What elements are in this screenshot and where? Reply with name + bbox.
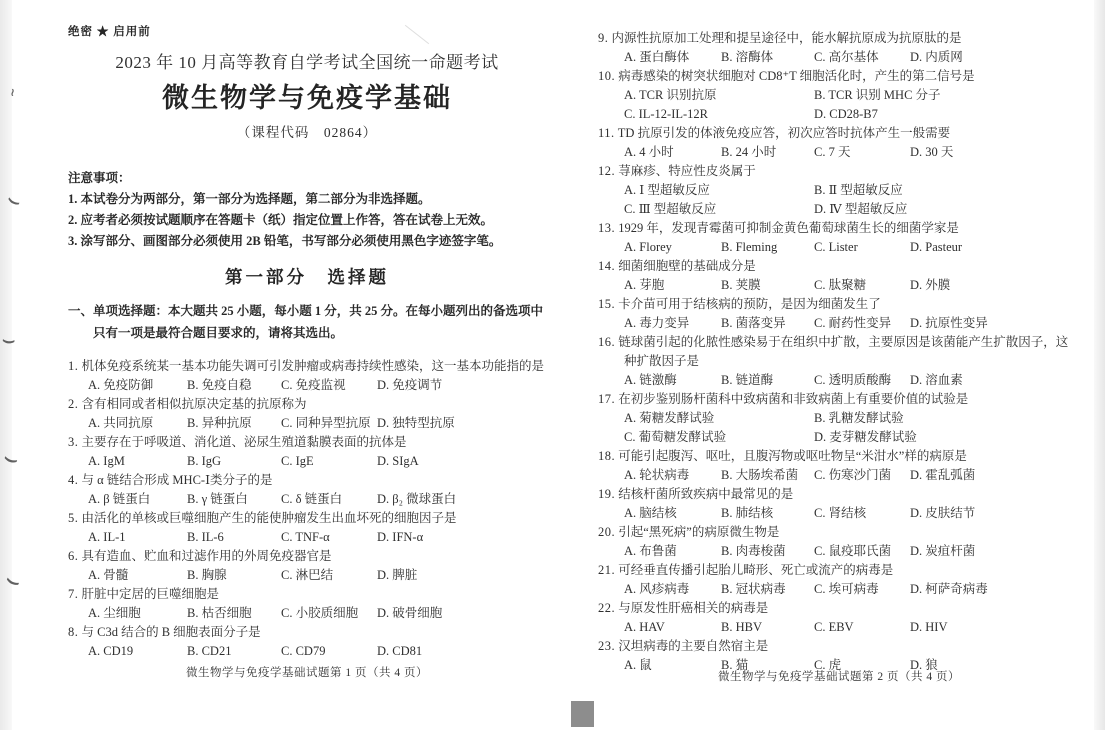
option: C. 鼠疫耶氏菌 bbox=[814, 542, 910, 561]
question-options: A. 芽胞B. 荚膜C. 肽聚糖D. 外膜 bbox=[598, 276, 1080, 295]
question-stem: 4. 与 α 链结合形成 MHC-Ⅰ类分子的是 bbox=[68, 471, 546, 490]
question-stem: 20. 引起“黑死病”的病原微生物是 bbox=[598, 523, 1080, 542]
option: D. CD28-B7 bbox=[814, 105, 1080, 124]
question-stem: 2. 含有相同或者相似抗原决定基的抗原称为 bbox=[68, 395, 546, 414]
option: B. CD21 bbox=[187, 642, 281, 661]
question-5: 5. 由活化的单核或巨噬细胞产生的能使肿瘤发生出血坏死的细胞因子是A. IL-1… bbox=[68, 509, 546, 547]
question-options: A. IgMB. IgGC. IgED. SIgA bbox=[68, 452, 546, 471]
question-list-page1: 1. 机体免疫系统某一基本功能失调可引发肿瘤或病毒持续性感染，这一基本功能指的是… bbox=[68, 357, 546, 661]
option: B. 24 小时 bbox=[721, 143, 814, 162]
question-stem: 12. 荨麻疹、特应性皮炎属于 bbox=[598, 162, 1080, 181]
option: C. IL-12-IL-12R bbox=[624, 105, 814, 124]
question-options: A. IL-1B. IL-6C. TNF-αD. IFN-α bbox=[68, 528, 546, 547]
option: D. 内质网 bbox=[910, 48, 1080, 67]
option: B. Fleming bbox=[721, 238, 814, 257]
question-2: 2. 含有相同或者相似抗原决定基的抗原称为A. 共同抗原B. 异种抗原C. 同种… bbox=[68, 395, 546, 433]
question-4: 4. 与 α 链结合形成 MHC-Ⅰ类分子的是A. β 链蛋白B. γ 链蛋白C… bbox=[68, 471, 546, 509]
option: D. 免疫调节 bbox=[377, 376, 546, 395]
question-stem: 7. 肝脏中定居的巨噬细胞是 bbox=[68, 585, 546, 604]
option: B. 胸腺 bbox=[187, 566, 281, 585]
option: C. δ 链蛋白 bbox=[281, 490, 377, 509]
option: A. Florey bbox=[624, 238, 721, 257]
question-stem: 5. 由活化的单核或巨噬细胞产生的能使肿瘤发生出血坏死的细胞因子是 bbox=[68, 509, 546, 528]
question-number: 5. bbox=[68, 511, 78, 525]
option: B. 肺结核 bbox=[721, 504, 814, 523]
question-3: 3. 主要存在于呼吸道、消化道、泌尿生殖道黏膜表面的抗体是A. IgMB. Ig… bbox=[68, 433, 546, 471]
question-21: 21. 可经垂直传播引起胎儿畸形、死亡或流产的病毒是A. 风疹病毒B. 冠状病毒… bbox=[598, 561, 1080, 599]
option: B. 枯否细胞 bbox=[187, 604, 281, 623]
option: C. TNF-α bbox=[281, 528, 377, 547]
option: D. SIgA bbox=[377, 452, 546, 471]
question-number: 7. bbox=[68, 587, 78, 601]
option: A. 尘细胞 bbox=[88, 604, 187, 623]
option: D. 炭疽杆菌 bbox=[910, 542, 1080, 561]
option: D. 脾脏 bbox=[377, 566, 546, 585]
question-13: 13. 1929 年，发现青霉菌可抑制金黄色葡萄球菌生长的细菌学家是A. Flo… bbox=[598, 219, 1080, 257]
question-stem: 9. 内源性抗原加工处理和提呈途径中，能水解抗原成为抗原肽的是 bbox=[598, 29, 1080, 48]
option: A. 免疫防御 bbox=[88, 376, 187, 395]
option: A. 菊糖发酵试验 bbox=[624, 409, 814, 428]
page2-footer: 微生物学与免疫学基础试题第 2 页（共 4 页） bbox=[598, 668, 1080, 684]
question-options: A. 风疹病毒B. 冠状病毒C. 埃可病毒D. 柯萨奇病毒 bbox=[598, 580, 1080, 599]
question-options: A. 蛋白酶体B. 溶酶体C. 高尔基体D. 内质网 bbox=[598, 48, 1080, 67]
question-number: 23. bbox=[598, 639, 615, 653]
question-number: 20. bbox=[598, 525, 615, 539]
note-item: 1. 本试卷分为两部分，第一部分为选择题，第二部分为非选择题。 bbox=[68, 189, 546, 210]
question-stem: 22. 与原发性肝癌相关的病毒是 bbox=[598, 599, 1080, 618]
option: A. CD19 bbox=[88, 642, 187, 661]
question-number: 14. bbox=[598, 259, 615, 273]
option: D. 溶血素 bbox=[910, 371, 1080, 390]
question-options: A. 免疫防御B. 免疫自稳C. 免疫监视D. 免疫调节 bbox=[68, 376, 546, 395]
option: D. 独特型抗原 bbox=[377, 414, 546, 433]
notes-block: 注意事项： 1. 本试卷分为两部分，第一部分为选择题，第二部分为非选择题。 2.… bbox=[68, 168, 546, 252]
question-stem: 8. 与 C3d 结合的 B 细胞表面分子是 bbox=[68, 623, 546, 642]
question-options: A. 链激酶B. 链道酶C. 透明质酸酶D. 溶血素 bbox=[598, 371, 1080, 390]
section1-instruction: 一、单项选择题：本大题共 25 小题，每小题 1 分，共 25 分。在每小题列出… bbox=[68, 301, 546, 344]
option: D. β₂ 微球蛋白 bbox=[377, 490, 546, 509]
option: C. 小胶质细胞 bbox=[281, 604, 377, 623]
option: C. 免疫监视 bbox=[281, 376, 377, 395]
option: A. 布鲁菌 bbox=[624, 542, 721, 561]
exam-page-2: 9. 内源性抗原加工处理和提呈途径中，能水解抗原成为抗原肽的是A. 蛋白酶体B.… bbox=[598, 24, 1080, 675]
question-number: 11. bbox=[598, 126, 615, 140]
option: D. 抗原性变异 bbox=[910, 314, 1080, 333]
ink-mark: ~ bbox=[6, 87, 20, 98]
option: A. IL-1 bbox=[88, 528, 187, 547]
option: B. 菌落变异 bbox=[721, 314, 814, 333]
option: C. 葡萄糖发酵试验 bbox=[624, 428, 814, 447]
notes-title: 注意事项： bbox=[68, 168, 546, 189]
question-16: 16. 链球菌引起的化脓性感染易于在组织中扩散，主要原因是该菌能产生扩散因子，这… bbox=[598, 333, 1080, 390]
question-number: 21. bbox=[598, 563, 615, 577]
question-options: A. 菊糖发酵试验B. 乳糖发酵试验C. 葡萄糖发酵试验D. 麦芽糖发酵试验 bbox=[598, 409, 1080, 447]
course-code: （课程代码 02864） bbox=[68, 124, 546, 142]
option: C. 透明质酸酶 bbox=[814, 371, 910, 390]
question-number: 6. bbox=[68, 549, 78, 563]
question-8: 8. 与 C3d 结合的 B 细胞表面分子是A. CD19B. CD21C. C… bbox=[68, 623, 546, 661]
question-number: 3. bbox=[68, 435, 78, 449]
question-options: A. Ⅰ 型超敏反应B. Ⅱ 型超敏反应C. Ⅲ 型超敏反应D. Ⅳ 型超敏反应 bbox=[598, 181, 1080, 219]
option: D. 霍乱弧菌 bbox=[910, 466, 1080, 485]
question-options: A. 尘细胞B. 枯否细胞C. 小胶质细胞D. 破骨细胞 bbox=[68, 604, 546, 623]
question-9: 9. 内源性抗原加工处理和提呈途径中，能水解抗原成为抗原肽的是A. 蛋白酶体B.… bbox=[598, 29, 1080, 67]
question-number: 19. bbox=[598, 487, 615, 501]
question-number: 18. bbox=[598, 449, 615, 463]
question-7: 7. 肝脏中定居的巨噬细胞是A. 尘细胞B. 枯否细胞C. 小胶质细胞D. 破骨… bbox=[68, 585, 546, 623]
option: A. 脑结核 bbox=[624, 504, 721, 523]
option: D. 柯萨奇病毒 bbox=[910, 580, 1080, 599]
question-number: 12. bbox=[598, 164, 615, 178]
option: A. 轮状病毒 bbox=[624, 466, 721, 485]
option: B. 异种抗原 bbox=[187, 414, 281, 433]
question-options: A. 骨髓B. 胸腺C. 淋巴结D. 脾脏 bbox=[68, 566, 546, 585]
option: C. 肾结核 bbox=[814, 504, 910, 523]
question-stem: 15. 卡介苗可用于结核病的预防，是因为细菌发生了 bbox=[598, 295, 1080, 314]
question-18: 18. 可能引起腹泻、呕吐，且腹泻物或呕吐物呈“米泔水”样的病原是A. 轮状病毒… bbox=[598, 447, 1080, 485]
question-15: 15. 卡介苗可用于结核病的预防，是因为细菌发生了A. 毒力变异B. 菌落变异C… bbox=[598, 295, 1080, 333]
option: B. IL-6 bbox=[187, 528, 281, 547]
option: B. 大肠埃希菌 bbox=[721, 466, 814, 485]
question-stem: 1. 机体免疫系统某一基本功能失调可引发肿瘤或病毒持续性感染，这一基本功能指的是 bbox=[68, 357, 546, 376]
ink-mark: ) bbox=[0, 338, 15, 345]
subject-title: 微生物学与免疫学基础 bbox=[68, 81, 546, 115]
question-stem: 21. 可经垂直传播引起胎儿畸形、死亡或流产的病毒是 bbox=[598, 561, 1080, 580]
note-item: 2. 应考者必须按试题顺序在答题卡（纸）指定位置上作答，答在试卷上无效。 bbox=[68, 210, 546, 231]
question-options: A. 4 小时B. 24 小时C. 7 天D. 30 天 bbox=[598, 143, 1080, 162]
option: C. 肽聚糖 bbox=[814, 276, 910, 295]
option: A. 链激酶 bbox=[624, 371, 721, 390]
classification-banner: 绝密 ★ 启用前 bbox=[68, 24, 546, 40]
option: A. 骨髓 bbox=[88, 566, 187, 585]
option: D. Ⅳ 型超敏反应 bbox=[814, 200, 1080, 219]
option: B. 免疫自稳 bbox=[187, 376, 281, 395]
option: B. IgG bbox=[187, 452, 281, 471]
option: B. 冠状病毒 bbox=[721, 580, 814, 599]
note-item: 3. 涂写部分、画图部分必须使用 2B 铅笔，书写部分必须使用黑色字迹签字笔。 bbox=[68, 231, 546, 252]
question-stem: 19. 结核杆菌所致疾病中最常见的是 bbox=[598, 485, 1080, 504]
question-options: A. HAVB. HBVC. EBVD. HIV bbox=[598, 618, 1080, 637]
question-number: 9. bbox=[598, 31, 608, 45]
option: C. EBV bbox=[814, 618, 910, 637]
question-options: A. 毒力变异B. 菌落变异C. 耐药性变异D. 抗原性变异 bbox=[598, 314, 1080, 333]
question-options: A. 轮状病毒B. 大肠埃希菌C. 伤寒沙门菌D. 霍乱弧菌 bbox=[598, 466, 1080, 485]
option: A. 共同抗原 bbox=[88, 414, 187, 433]
option: C. 埃可病毒 bbox=[814, 580, 910, 599]
question-number: 15. bbox=[598, 297, 615, 311]
option: D. HIV bbox=[910, 618, 1080, 637]
question-number: 17. bbox=[598, 392, 615, 406]
question-options: A. β 链蛋白B. γ 链蛋白C. δ 链蛋白D. β₂ 微球蛋白 bbox=[68, 490, 546, 509]
option: B. 乳糖发酵试验 bbox=[814, 409, 1080, 428]
option: A. 蛋白酶体 bbox=[624, 48, 721, 67]
question-options: A. CD19B. CD21C. CD79D. CD81 bbox=[68, 642, 546, 661]
question-stem: 10. 病毒感染的树突状细胞对 CD8⁺T 细胞活化时，产生的第二信号是 bbox=[598, 67, 1080, 86]
option: C. 高尔基体 bbox=[814, 48, 910, 67]
question-stem: 6. 具有造血、贮血和过滤作用的外周免疫器官是 bbox=[68, 547, 546, 566]
question-number: 8. bbox=[68, 625, 78, 639]
question-stem: 14. 细菌细胞壁的基础成分是 bbox=[598, 257, 1080, 276]
question-stem: 3. 主要存在于呼吸道、消化道、泌尿生殖道黏膜表面的抗体是 bbox=[68, 433, 546, 452]
question-options: A. 布鲁菌B. 肉毒梭菌C. 鼠疫耶氏菌D. 炭疽杆菌 bbox=[598, 542, 1080, 561]
question-stem: 16. 链球菌引起的化脓性感染易于在组织中扩散，主要原因是该菌能产生扩散因子，这… bbox=[598, 333, 1080, 371]
question-number: 10. bbox=[598, 69, 615, 83]
option: C. 7 天 bbox=[814, 143, 910, 162]
option: D. 破骨细胞 bbox=[377, 604, 546, 623]
question-stem: 18. 可能引起腹泻、呕吐，且腹泻物或呕吐物呈“米泔水”样的病原是 bbox=[598, 447, 1080, 466]
question-14: 14. 细菌细胞壁的基础成分是A. 芽胞B. 荚膜C. 肽聚糖D. 外膜 bbox=[598, 257, 1080, 295]
option: D. 麦芽糖发酵试验 bbox=[814, 428, 1080, 447]
question-options: A. TCR 识别抗原B. TCR 识别 MHC 分子C. IL-12-IL-1… bbox=[598, 86, 1080, 124]
question-6: 6. 具有造血、贮血和过滤作用的外周免疫器官是A. 骨髓B. 胸腺C. 淋巴结D… bbox=[68, 547, 546, 585]
question-17: 17. 在初步鉴别肠杆菌科中致病菌和非致病菌上有重要价值的试验是A. 菊糖发酵试… bbox=[598, 390, 1080, 447]
question-number: 13. bbox=[598, 221, 615, 235]
question-list-page2: 9. 内源性抗原加工处理和提呈途径中，能水解抗原成为抗原肽的是A. 蛋白酶体B.… bbox=[598, 29, 1080, 675]
option: C. 同种异型抗原 bbox=[281, 414, 377, 433]
option: C. 伤寒沙门菌 bbox=[814, 466, 910, 485]
option: A. Ⅰ 型超敏反应 bbox=[624, 181, 814, 200]
part1-heading: 第一部分 选择题 bbox=[68, 264, 546, 290]
question-number: 1. bbox=[68, 359, 78, 373]
question-number: 22. bbox=[598, 601, 615, 615]
option: B. 肉毒梭菌 bbox=[721, 542, 814, 561]
option: C. Lister bbox=[814, 238, 910, 257]
question-number: 16. bbox=[598, 335, 615, 349]
option: C. IgE bbox=[281, 452, 377, 471]
scan-registration-mark bbox=[571, 701, 594, 727]
question-number: 4. bbox=[68, 473, 78, 487]
option: B. HBV bbox=[721, 618, 814, 637]
option: B. 链道酶 bbox=[721, 371, 814, 390]
option: D. 皮肤结节 bbox=[910, 504, 1080, 523]
option: B. 荚膜 bbox=[721, 276, 814, 295]
option: A. TCR 识别抗原 bbox=[624, 86, 814, 105]
question-20: 20. 引起“黑死病”的病原微生物是A. 布鲁菌B. 肉毒梭菌C. 鼠疫耶氏菌D… bbox=[598, 523, 1080, 561]
question-options: A. 脑结核B. 肺结核C. 肾结核D. 皮肤结节 bbox=[598, 504, 1080, 523]
option: A. 风疹病毒 bbox=[624, 580, 721, 599]
option: A. HAV bbox=[624, 618, 721, 637]
page1-footer: 微生物学与免疫学基础试题第 1 页（共 4 页） bbox=[68, 664, 546, 680]
question-stem: 11. TD 抗原引发的体液免疫应答，初次应答时抗体产生一般需要 bbox=[598, 124, 1080, 143]
question-1: 1. 机体免疫系统某一基本功能失调可引发肿瘤或病毒持续性感染，这一基本功能指的是… bbox=[68, 357, 546, 395]
question-stem: 13. 1929 年，发现青霉菌可抑制金黄色葡萄球菌生长的细菌学家是 bbox=[598, 219, 1080, 238]
option: D. 30 天 bbox=[910, 143, 1080, 162]
scan-right-edge-shadow bbox=[1094, 0, 1105, 730]
option: A. 芽胞 bbox=[624, 276, 721, 295]
question-11: 11. TD 抗原引发的体液免疫应答，初次应答时抗体产生一般需要A. 4 小时B… bbox=[598, 124, 1080, 162]
exam-page-1: 绝密 ★ 启用前 2023 年 10 月高等教育自学考试全国统一命题考试 微生物… bbox=[68, 24, 546, 661]
question-options: A. 共同抗原B. 异种抗原C. 同种异型抗原D. 独特型抗原 bbox=[68, 414, 546, 433]
option: B. 溶酶体 bbox=[721, 48, 814, 67]
scan-left-edge-shadow bbox=[0, 0, 12, 730]
option: C. CD79 bbox=[281, 642, 377, 661]
option: D. Pasteur bbox=[910, 238, 1080, 257]
option: C. 淋巴结 bbox=[281, 566, 377, 585]
question-12: 12. 荨麻疹、特应性皮炎属于A. Ⅰ 型超敏反应B. Ⅱ 型超敏反应C. Ⅲ … bbox=[598, 162, 1080, 219]
option: D. IFN-α bbox=[377, 528, 546, 547]
question-options: A. FloreyB. FlemingC. ListerD. Pasteur bbox=[598, 238, 1080, 257]
question-10: 10. 病毒感染的树突状细胞对 CD8⁺T 细胞活化时，产生的第二信号是A. T… bbox=[598, 67, 1080, 124]
option: A. 毒力变异 bbox=[624, 314, 721, 333]
option: D. CD81 bbox=[377, 642, 546, 661]
option: A. 4 小时 bbox=[624, 143, 721, 162]
question-22: 22. 与原发性肝癌相关的病毒是A. HAVB. HBVC. EBVD. HIV bbox=[598, 599, 1080, 637]
option: B. TCR 识别 MHC 分子 bbox=[814, 86, 1080, 105]
option: B. Ⅱ 型超敏反应 bbox=[814, 181, 1080, 200]
option: B. γ 链蛋白 bbox=[187, 490, 281, 509]
question-19: 19. 结核杆菌所致疾病中最常见的是A. 脑结核B. 肺结核C. 肾结核D. 皮… bbox=[598, 485, 1080, 523]
option: C. Ⅲ 型超敏反应 bbox=[624, 200, 814, 219]
question-stem: 17. 在初步鉴别肠杆菌科中致病菌和非致病菌上有重要价值的试验是 bbox=[598, 390, 1080, 409]
option: D. 外膜 bbox=[910, 276, 1080, 295]
option: C. 耐药性变异 bbox=[814, 314, 910, 333]
exam-session-title: 2023 年 10 月高等教育自学考试全国统一命题考试 bbox=[68, 52, 546, 74]
question-number: 2. bbox=[68, 397, 78, 411]
question-stem: 23. 汉坦病毒的主要自然宿主是 bbox=[598, 637, 1080, 656]
option: A. β 链蛋白 bbox=[88, 490, 187, 509]
option: A. IgM bbox=[88, 452, 187, 471]
